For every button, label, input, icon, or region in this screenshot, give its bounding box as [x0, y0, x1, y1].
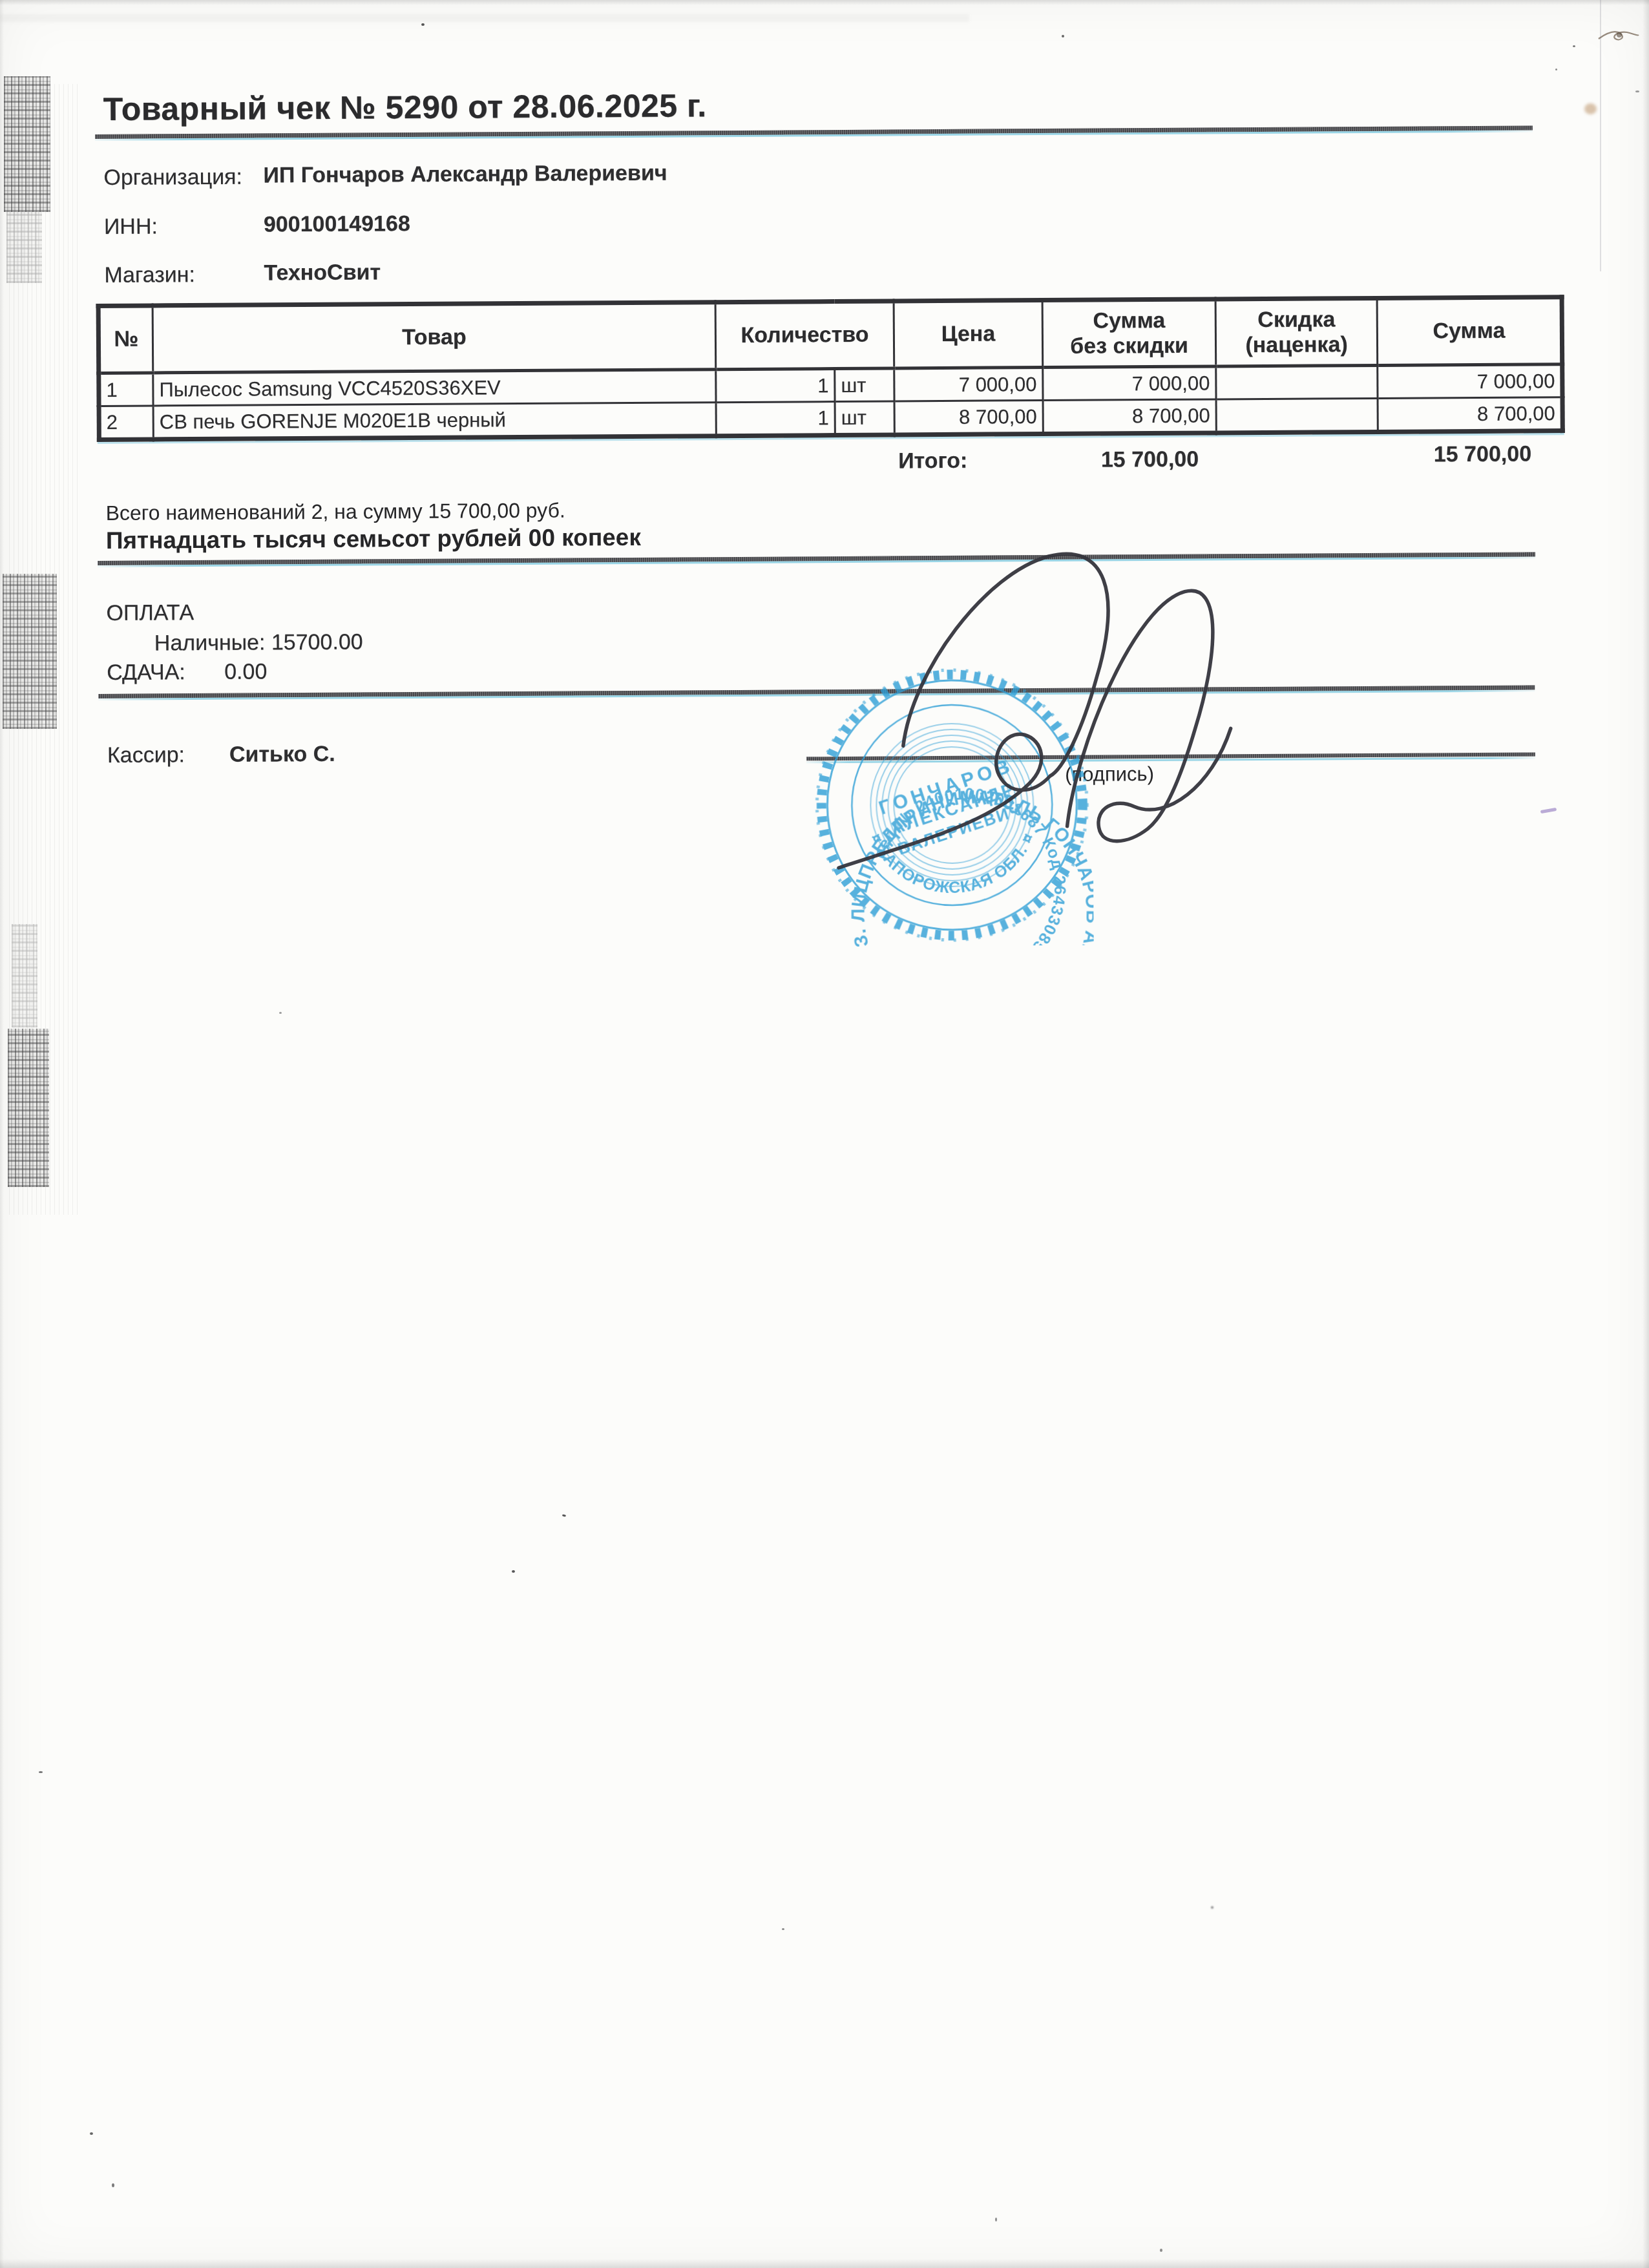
row-num: 2: [99, 406, 153, 440]
dust-speck: [1062, 35, 1064, 37]
dust-speck: [1160, 2249, 1162, 2252]
org-value: ИП Гончаров Александр Валериевич: [263, 161, 667, 189]
row-unit: шт: [835, 401, 894, 436]
paper-stain: [1584, 103, 1597, 114]
col-header-num: №: [98, 306, 153, 373]
change-label: СДАЧА:: [107, 660, 185, 686]
col-header-qty: Количество: [715, 301, 894, 370]
signature-stroke: [1066, 591, 1231, 841]
table-header-row: № Товар Количество Цена Сумма без скидки…: [98, 297, 1562, 373]
dust-speck: [782, 1928, 784, 1930]
cashier-name: Ситько С.: [229, 742, 335, 768]
cashier-label: Кассир:: [107, 742, 185, 768]
dust-speck: [421, 23, 425, 26]
row-product: СВ печь GORENJE M020E1B черный: [153, 403, 716, 439]
row-discount: [1216, 365, 1378, 399]
items-count-line: Всего наименований 2, на сумму 15 700,00…: [105, 499, 565, 525]
dust-speck: [1573, 45, 1575, 47]
dust-speck: [995, 2218, 997, 2221]
cash-line: Наличные: 15700.00: [154, 629, 363, 656]
row-price: 8 700,00: [894, 401, 1043, 435]
col-header-sum-no-discount: Сумма без скидки: [1042, 299, 1216, 368]
col-header-price: Цена: [894, 300, 1043, 368]
scan-streaks: [9, 84, 80, 1215]
inn-value: 900100149168: [264, 211, 410, 237]
row-unit: шт: [835, 368, 894, 402]
title-underline: [95, 125, 1533, 139]
dust-speck: [279, 1012, 282, 1014]
items-table: № Товар Количество Цена Сумма без скидки…: [96, 295, 1565, 442]
dust-speck: [512, 1570, 515, 1573]
handwritten-signature: [770, 516, 1283, 920]
shop-value: ТехноСвит: [264, 260, 381, 286]
row-qty: 1: [716, 369, 835, 403]
dust-speck: [1211, 1906, 1213, 1909]
row-price: 7 000,00: [894, 368, 1043, 401]
receipt-title: Товарный чек № 5290 от 28.06.2025 г.: [103, 87, 707, 128]
shop-label: Магазин:: [104, 262, 195, 288]
amount-in-words: Пятнадцать тысяч семьсот рублей 00 копее…: [106, 524, 641, 554]
org-label: Организация:: [103, 165, 242, 191]
total-sum: 15 700,00: [1334, 441, 1531, 468]
row-num: 1: [99, 373, 153, 406]
dust-speck: [90, 2132, 93, 2135]
payment-section-title: ОПЛАТА: [106, 600, 194, 626]
scanned-receipt-page: Товарный чек № 5290 от 28.06.2025 г. Орг…: [0, 0, 1649, 2268]
row-qty: 1: [716, 402, 835, 436]
row-sum: 8 700,00: [1378, 397, 1562, 432]
total-sum-no-discount: 15 700,00: [995, 447, 1199, 474]
row-sum: 7 000,00: [1378, 364, 1562, 399]
dust-speck: [1555, 68, 1557, 70]
dust-speck: [1635, 90, 1639, 92]
inn-label: ИНН:: [104, 214, 158, 240]
col-header-sum: Сумма: [1377, 297, 1562, 366]
row-sum-no-discount: 7 000,00: [1043, 366, 1216, 401]
dust-speck: [39, 1771, 43, 1773]
dust-speck: [112, 2183, 114, 2187]
total-label: Итого:: [898, 448, 967, 474]
row-sum-no-discount: 8 700,00: [1043, 399, 1216, 434]
row-discount: [1216, 398, 1378, 433]
row-product: Пылесос Samsung VCC4520S36XEV: [153, 370, 716, 406]
col-header-discount: Скидка (наценка): [1215, 298, 1378, 366]
receipt-document: Товарный чек № 5290 от 28.06.2025 г. Орг…: [0, 0, 1649, 2268]
change-value: 0.00: [224, 659, 267, 684]
col-header-product: Товар: [152, 302, 716, 373]
pen-squiggle-artifact: [1596, 25, 1641, 50]
